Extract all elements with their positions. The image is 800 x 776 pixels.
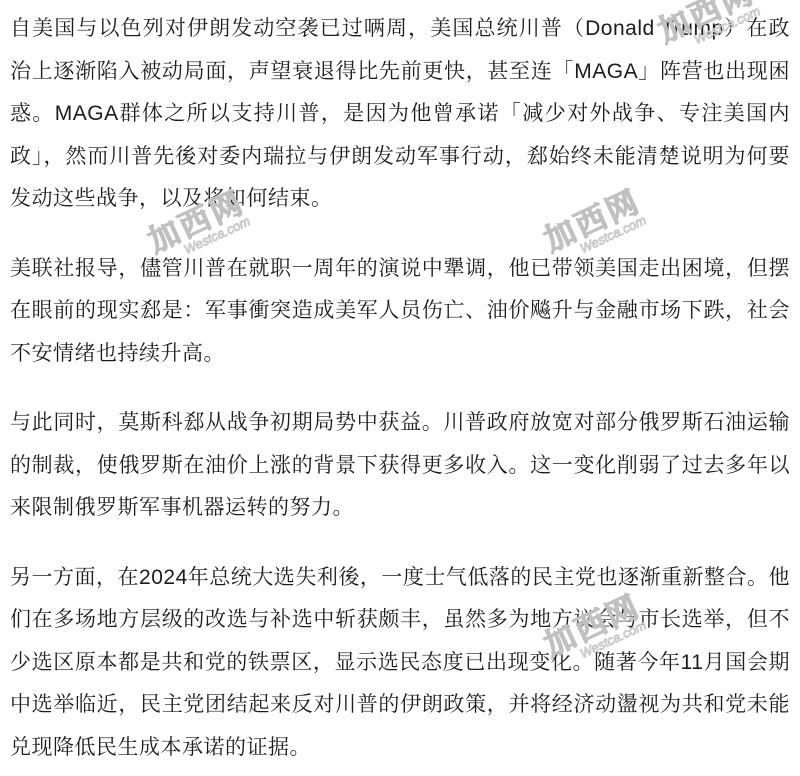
- paragraph: 另一方面，在2024年总统大选失利後，一度士气低落的民主党也逐渐重新整合。他们在…: [10, 557, 790, 770]
- article-page: 自美国与以色列对伊朗发动空袭已过唡周，美国总统川普（Donald Trump）在…: [0, 0, 800, 776]
- paragraph: 美联社报导，儘管川普在就职一周年的演说中犟调，他已带领美国走出困境，但摆在眼前的…: [10, 248, 790, 376]
- paragraph: 自美国与以色列对伊朗发动空袭已过唡周，美国总统川普（Donald Trump）在…: [10, 8, 790, 221]
- paragraph: 与此同时，莫斯科郄从战争初期局势中获益。川普政府放宽对部分俄罗斯石油运输的制裁，…: [10, 402, 790, 530]
- article-body: 自美国与以色列对伊朗发动空袭已过唡周，美国总统川普（Donald Trump）在…: [0, 0, 800, 769]
